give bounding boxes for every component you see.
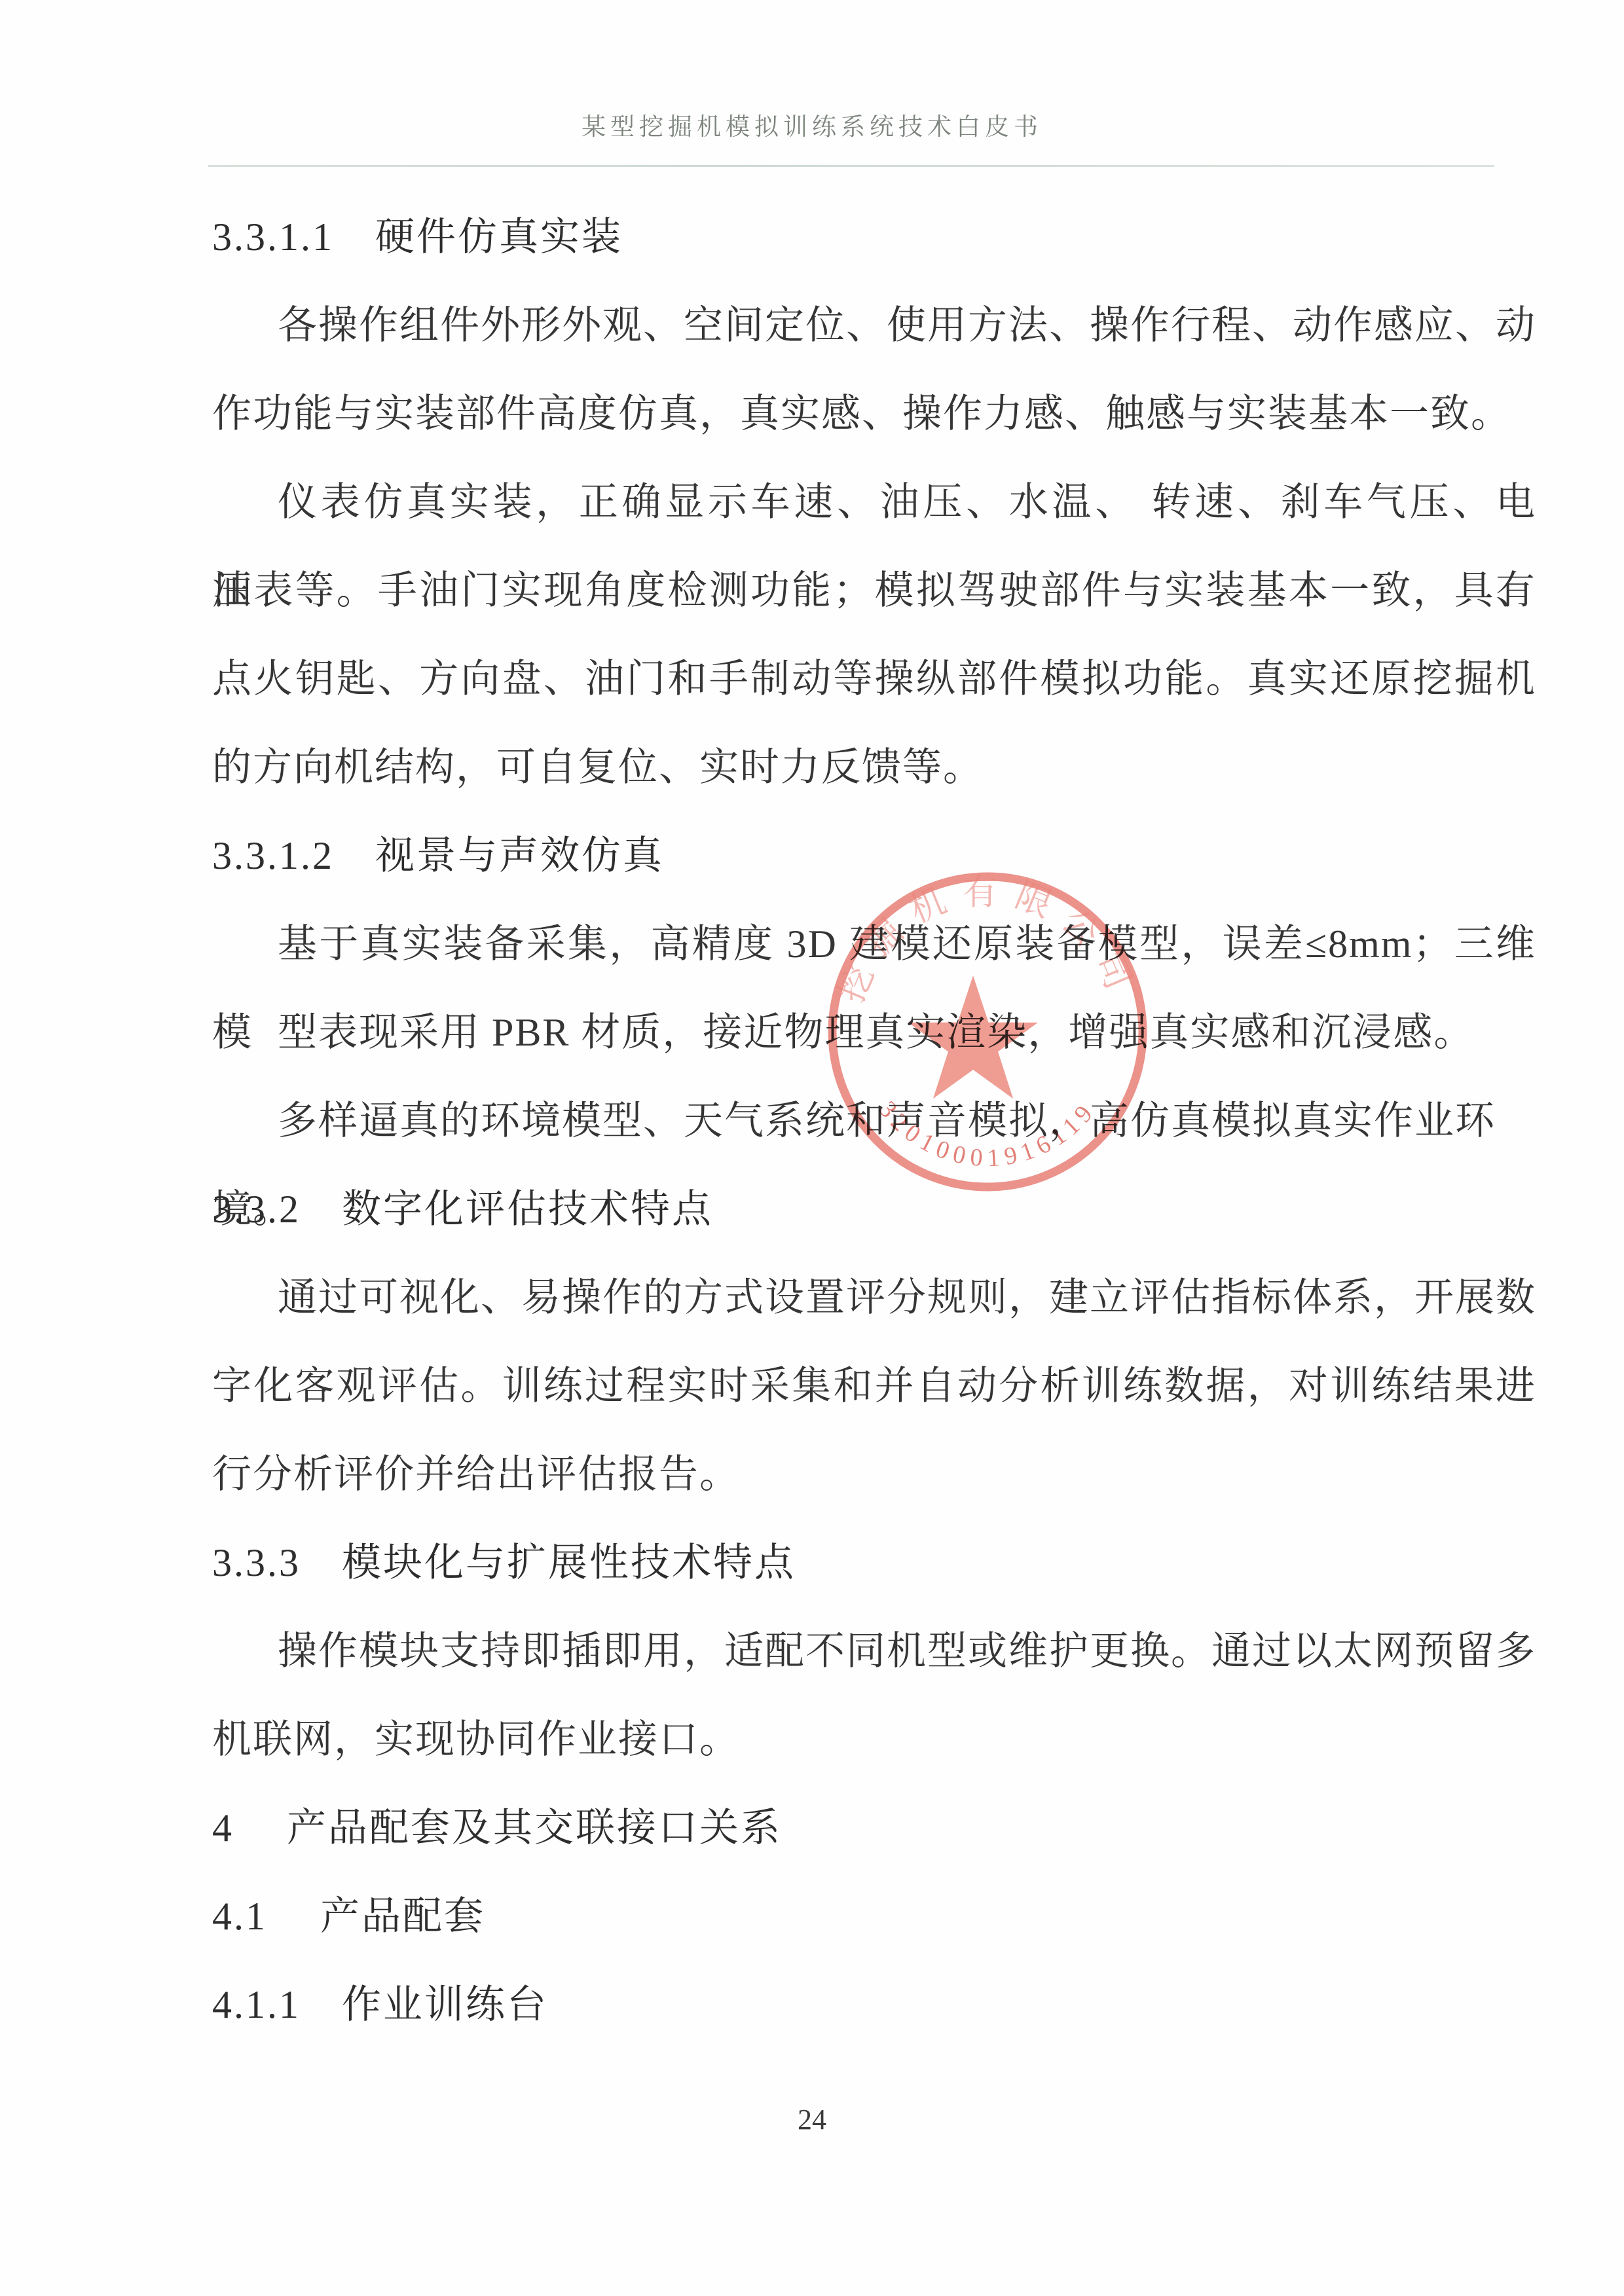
header-rule: [208, 165, 1494, 167]
heading-4-1: 4.1 产品配套: [212, 1872, 1536, 1961]
paragraph-line: 多样逼真的环境模型、天气系统和声音模拟，高仿真模拟真实作业环境。: [212, 1077, 1536, 1165]
heading-3-3-1-1: 3.3.1.1 硬件仿真实装: [212, 193, 1536, 282]
paragraph-line: 油表等。手油门实现角度检测功能；模拟驾驶部件与实装基本一致，具有: [212, 547, 1536, 635]
document-page: 某型挖掘机模拟训练系统技术白皮书 3.3.1.1 硬件仿真实装 各操作组件外形外…: [0, 0, 1624, 2296]
paragraph-line: 仪表仿真实装，正确显示车速、油压、水温、 转速、刹车气压、电压、: [212, 458, 1536, 547]
paragraph-line: 点火钥匙、方向盘、油门和手制动等操纵部件模拟功能。真实还原挖掘机: [212, 635, 1536, 723]
paragraph-line: 作功能与实装部件高度仿真，真实感、操作力感、触感与实装基本一致。: [212, 370, 1536, 458]
page-number: 24: [0, 2103, 1624, 2136]
paragraph-line: 行分析评价并给出评估报告。: [212, 1430, 1536, 1519]
page-header-title: 某型挖掘机模拟训练系统技术白皮书: [0, 107, 1624, 142]
heading-3-3-2: 3.3.2 数字化评估技术特点: [212, 1165, 1536, 1254]
heading-3-3-3: 3.3.3 模块化与扩展性技术特点: [212, 1519, 1536, 1607]
heading-4-1-1: 4.1.1 作业训练台: [212, 1961, 1536, 2049]
paragraph-line: 基于真实装备采集，高精度 3D 建模还原装备模型，误差≤8mm；三维模: [212, 900, 1536, 989]
paragraph-line: 的方向机结构，可自复位、实时力反馈等。: [212, 723, 1536, 812]
heading-4: 4 产品配套及其交联接口关系: [212, 1784, 1536, 1872]
document-body: 3.3.1.1 硬件仿真实装 各操作组件外形外观、空间定位、使用方法、操作行程、…: [212, 193, 1536, 2049]
heading-3-3-1-2: 3.3.1.2 视景与声效仿真: [212, 812, 1536, 900]
paragraph-line: 机联网，实现协同作业接口。: [212, 1696, 1536, 1784]
paragraph-line: 各操作组件外形外观、空间定位、使用方法、操作行程、动作感应、动: [212, 282, 1536, 370]
paragraph-line: 通过可视化、易操作的方式设置评分规则，建立评估指标体系，开展数: [212, 1254, 1536, 1342]
paragraph-line: 操作模块支持即插即用，适配不同机型或维护更换。通过以太网预留多: [212, 1607, 1536, 1696]
paragraph-line: 型表现采用 PBR 材质，接近物理真实渲染，增强真实感和沉浸感。: [212, 989, 1536, 1077]
paragraph-line: 字化客观评估。训练过程实时采集和并自动分析训练数据，对训练结果进: [212, 1342, 1536, 1430]
